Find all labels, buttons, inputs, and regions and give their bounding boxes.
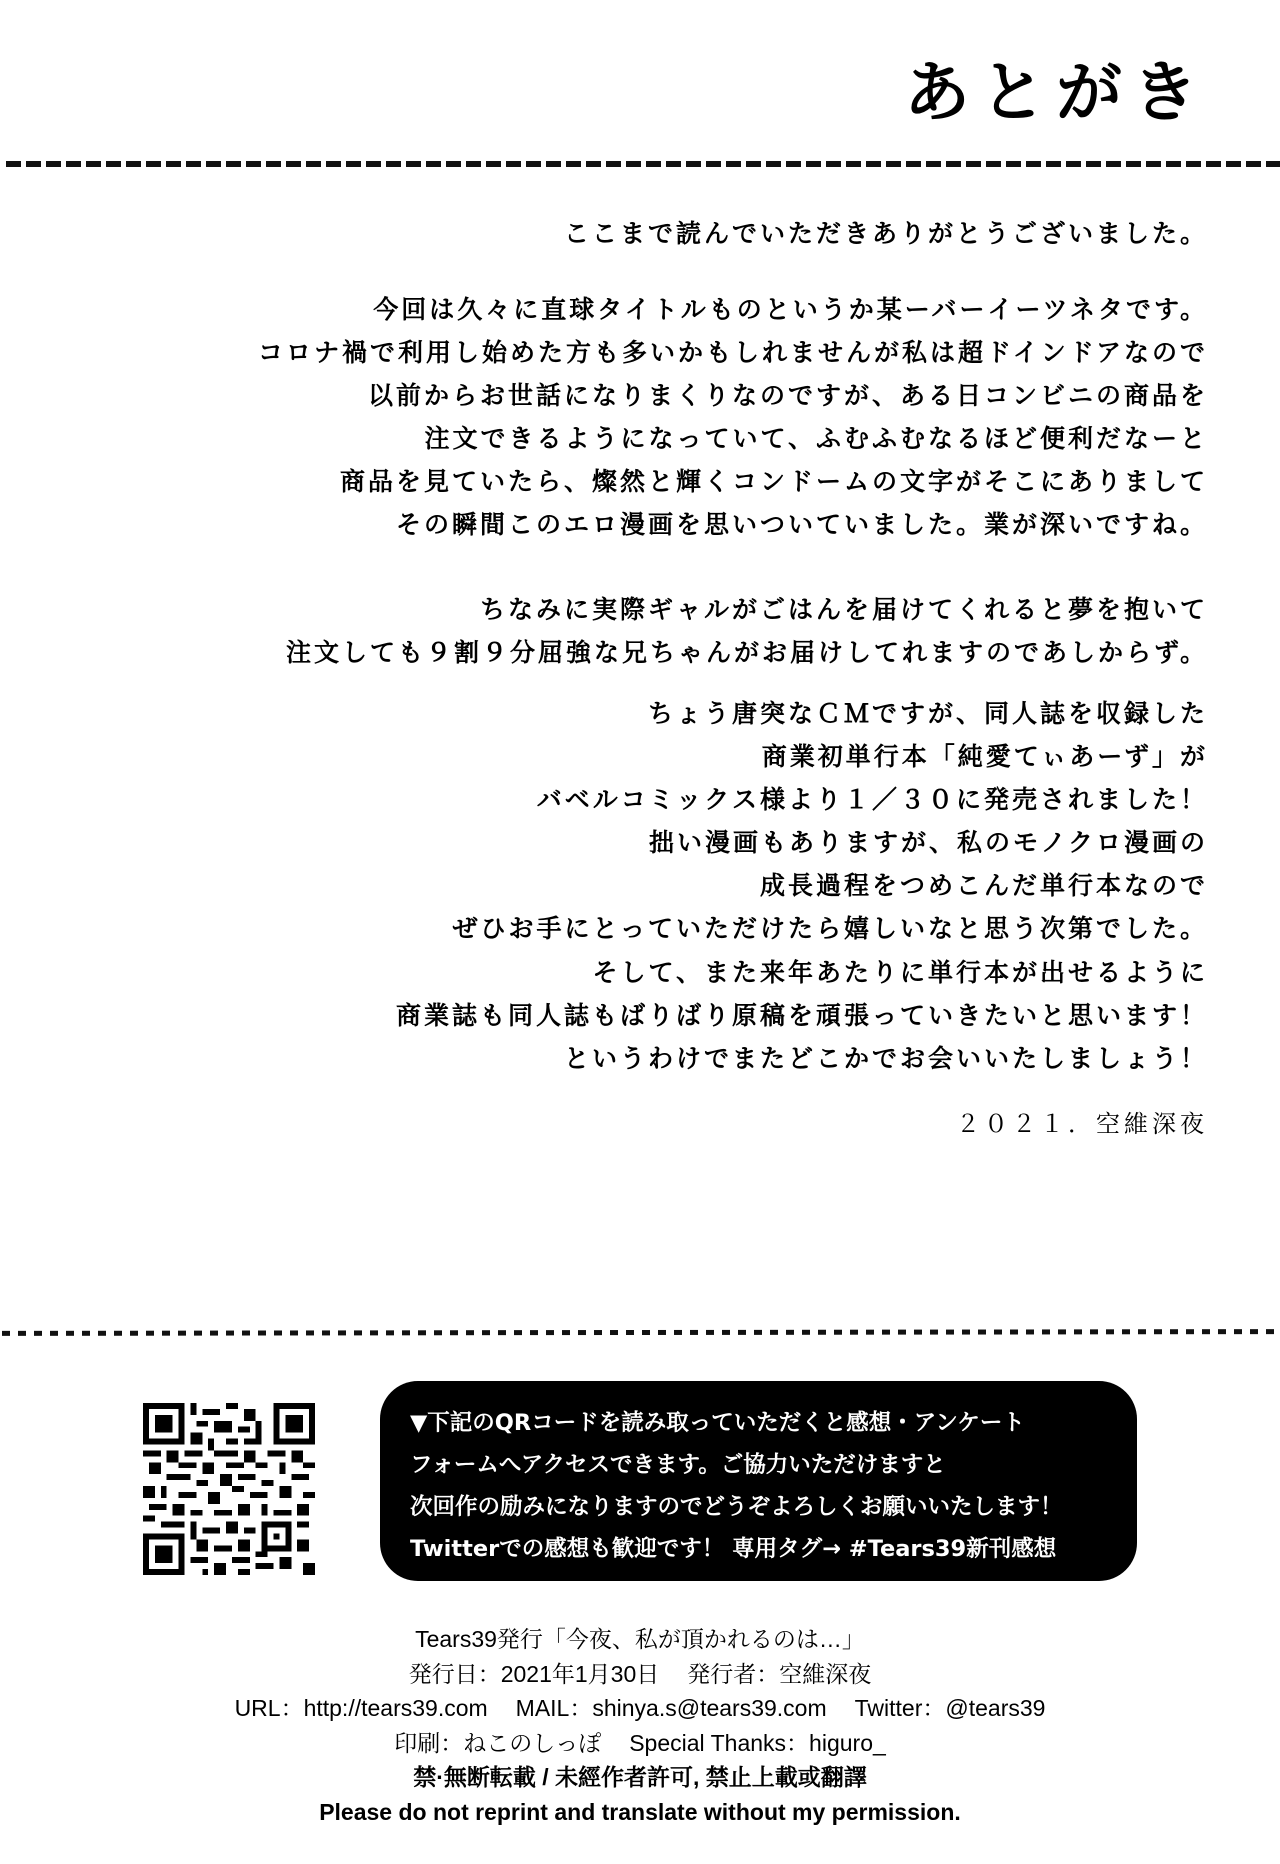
text-line: 注文できるようになっていて、ふむふむなるほど便利だなーと <box>68 417 1208 460</box>
afterword-paragraph-5: そして、また来年あたりに単行本が出せるように 商業誌も同人誌もばりばり原稿を頑張… <box>68 951 1208 1080</box>
qr-code-icon[interactable] <box>143 1403 315 1575</box>
prohibition-notice-jp: 禁·無断転載 / 未經作者許可, 禁止上載或翻譯 <box>0 1760 1280 1795</box>
text-line: というわけでまたどこかでお会いいたしましょう！ <box>68 1037 1208 1080</box>
afterword-paragraph-3: ちなみに実際ギャルがごはんを届けてくれると夢を抱いて 注文しても９割９分屈強な兄… <box>68 588 1208 674</box>
mail-link[interactable]: MAIL：shinya.s@tears39.com <box>516 1695 827 1721</box>
twitter-link[interactable]: Twitter：@tears39 <box>855 1695 1046 1721</box>
text-line: ここまで読んでいただきありがとうございました。 <box>68 212 1208 255</box>
text-line: ちなみに実際ギャルがごはんを届けてくれると夢を抱いて <box>68 588 1208 631</box>
text-line: バベルコミックス様より１／３０に発売されました！ <box>68 778 1208 821</box>
dashed-divider-top <box>6 161 1280 167</box>
notice-hashtag-line: Twitterでの感想も歓迎です！ 専用タグ→ #Tears39新刊感想 <box>410 1528 1137 1570</box>
text-line: その瞬間このエロ漫画を思いついていました。業が深いですね。 <box>68 503 1208 546</box>
colophon-title: Tears39発行「今夜、私が頂かれるのは…」 <box>0 1622 1280 1657</box>
special-thanks: Special Thanks：higuro_ <box>629 1730 886 1756</box>
printer: 印刷：ねこのしっぽ <box>394 1730 601 1756</box>
text-line: 注文しても９割９分屈強な兄ちゃんがお届けしてれますのであしからず。 <box>68 631 1208 674</box>
prohibition-notice-en: Please do not reprint and translate with… <box>0 1795 1280 1830</box>
notice-line: 次回作の励みになりますのでどうぞよろしくお願いいたします！ <box>410 1486 1137 1528</box>
text-line: 成長過程をつめこんだ単行本なので <box>68 864 1208 907</box>
page-title: あとがき <box>904 60 1208 126</box>
url-link[interactable]: URL：http://tears39.com <box>235 1695 488 1721</box>
afterword-paragraph-1: ここまで読んでいただきありがとうございました。 <box>68 212 1208 255</box>
text-line: ちょう唐突なＣＭですが、同人誌を収録した <box>68 692 1208 735</box>
notice-line: フォームへアクセスできます。ご協力いただけますと <box>410 1444 1137 1486</box>
signature: ２０２１．空維深夜 <box>956 1104 1208 1139</box>
text-line: 商品を見ていたら、燦然と輝くコンドームの文字がそこにありまして <box>68 460 1208 503</box>
text-line: 以前からお世話になりまくりなのですが、ある日コンビニの商品を <box>68 374 1208 417</box>
text-line: 商業初単行本「純愛てぃあーず」が <box>68 735 1208 778</box>
text-line: そして、また来年あたりに単行本が出せるように <box>68 951 1208 994</box>
colophon-contacts: URL：http://tears39.comMAIL：shinya.s@tear… <box>0 1691 1280 1726</box>
afterword-paragraph-2: 今回は久々に直球タイトルものというか某ーバーイーツネタです。 コロナ禍で利用し始… <box>68 288 1208 546</box>
text-line: ぜひお手にとっていただけたら嬉しいなと思う次第でした。 <box>68 907 1208 950</box>
notice-line: ▼下記のQRコードを読み取っていただくと感想・アンケート <box>410 1402 1137 1444</box>
colophon-publish-info: 発行日：2021年1月30日発行者：空維深夜 <box>0 1657 1280 1692</box>
text-line: 拙い漫画もありますが、私のモノクロ漫画の <box>68 821 1208 864</box>
publish-date: 発行日：2021年1月30日 <box>409 1661 660 1687</box>
colophon: Tears39発行「今夜、私が頂かれるのは…」 発行日：2021年1月30日発行… <box>0 1622 1280 1829</box>
feedback-notice-box: ▼下記のQRコードを読み取っていただくと感想・アンケート フォームへアクセスでき… <box>380 1381 1137 1581</box>
text-line: コロナ禍で利用し始めた方も多いかもしれませんが私は超ドインドアなので <box>68 331 1208 374</box>
dashed-divider-bottom <box>2 1329 1280 1336</box>
text-line: 今回は久々に直球タイトルものというか某ーバーイーツネタです。 <box>68 288 1208 331</box>
text-line: 商業誌も同人誌もばりばり原稿を頑張っていきたいと思います！ <box>68 994 1208 1037</box>
colophon-credits: 印刷：ねこのしっぽSpecial Thanks：higuro_ <box>0 1726 1280 1761</box>
publisher: 発行者：空維深夜 <box>687 1661 871 1687</box>
afterword-paragraph-4: ちょう唐突なＣＭですが、同人誌を収録した 商業初単行本「純愛てぃあーず」が バベ… <box>68 692 1208 950</box>
